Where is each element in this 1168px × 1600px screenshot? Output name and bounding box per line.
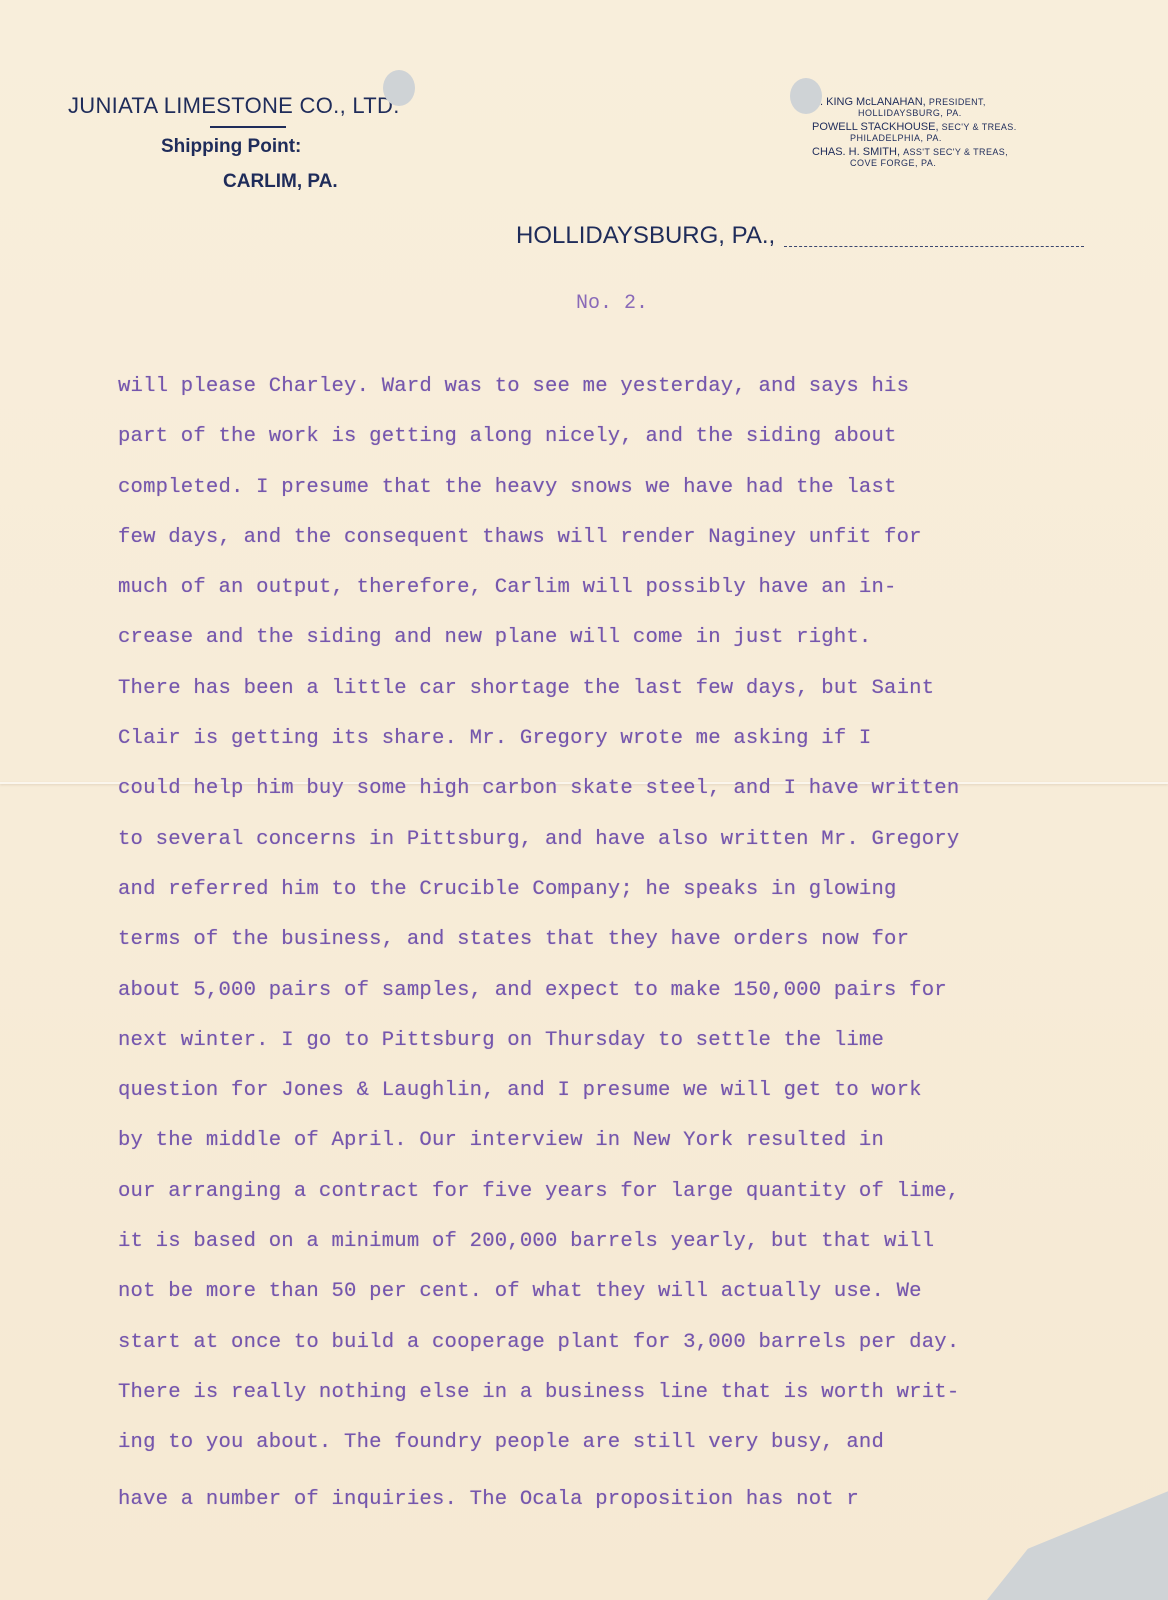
body-line: completed. I presume that the heavy snow… bbox=[118, 463, 1158, 513]
shipping-point-place: CARLIM, PA. bbox=[223, 171, 338, 193]
officer-secretary: POWELL STACKHOUSE, SEC'Y & TREAS. bbox=[812, 121, 1090, 133]
body-line: ing to you about. The foundry people are… bbox=[118, 1418, 1158, 1468]
company-name: JUNIATA LIMESTONE CO., LTD. bbox=[68, 93, 400, 119]
body-line: crease and the siding and new plane will… bbox=[118, 613, 1158, 663]
body-line: about 5,000 pairs of samples, and expect… bbox=[118, 966, 1158, 1016]
officers-block: . KING McLANAHAN, PRESIDENT, HOLLIDAYSBU… bbox=[820, 96, 1090, 169]
body-line: could help him buy some high carbon skat… bbox=[118, 764, 1158, 814]
body-line: our arranging a contract for five years … bbox=[118, 1167, 1158, 1217]
letterhead-rule bbox=[210, 126, 286, 128]
body-line: will please Charley. Ward was to see me … bbox=[118, 362, 1158, 412]
officer-assistant-secretary: CHAS. H. SMITH, ASS'T SEC'Y & TREAS, bbox=[812, 146, 1090, 158]
body-line: to several concerns in Pittsburg, and ha… bbox=[118, 815, 1158, 865]
body-line: not be more than 50 per cent. of what th… bbox=[118, 1267, 1158, 1317]
body-line: part of the work is getting along nicely… bbox=[118, 412, 1158, 462]
body-line: and referred him to the Crucible Company… bbox=[118, 865, 1158, 915]
punch-hole bbox=[790, 78, 822, 114]
body-line: next winter. I go to Pittsburg on Thursd… bbox=[118, 1016, 1158, 1066]
date-blank-line bbox=[784, 246, 1084, 247]
body-line: There is really nothing else in a busine… bbox=[118, 1368, 1158, 1418]
body-line: have a number of inquiries. The Ocala pr… bbox=[118, 1475, 1158, 1525]
letter-page: JUNIATA LIMESTONE CO., LTD. Shipping Poi… bbox=[0, 0, 1168, 1600]
body-line: much of an output, therefore, Carlim wil… bbox=[118, 563, 1158, 613]
letter-body: will please Charley. Ward was to see me … bbox=[118, 362, 1158, 1525]
body-line: it is based on a minimum of 200,000 barr… bbox=[118, 1217, 1158, 1267]
page-number: No. 2. bbox=[576, 292, 648, 315]
officer-president-place: HOLLIDAYSBURG, PA. bbox=[820, 108, 1090, 119]
officer-president: . KING McLANAHAN, PRESIDENT, bbox=[820, 96, 1090, 108]
body-line: Clair is getting its share. Mr. Gregory … bbox=[118, 714, 1158, 764]
body-line: by the middle of April. Our interview in… bbox=[118, 1116, 1158, 1166]
dateline-place: HOLLIDAYSBURG, PA., bbox=[516, 222, 775, 250]
body-line: few days, and the consequent thaws will … bbox=[118, 513, 1158, 563]
body-line: start at once to build a cooperage plant… bbox=[118, 1318, 1158, 1368]
officer-secretary-place: PHILADELPHIA, PA. bbox=[820, 133, 1090, 144]
officer-assistant-secretary-place: COVE FORGE, PA. bbox=[820, 158, 1090, 169]
body-line: terms of the business, and states that t… bbox=[118, 915, 1158, 965]
punch-hole bbox=[383, 70, 415, 106]
shipping-point-label: Shipping Point: bbox=[161, 136, 301, 158]
body-line: question for Jones & Laughlin, and I pre… bbox=[118, 1066, 1158, 1116]
body-line: There has been a little car shortage the… bbox=[118, 664, 1158, 714]
